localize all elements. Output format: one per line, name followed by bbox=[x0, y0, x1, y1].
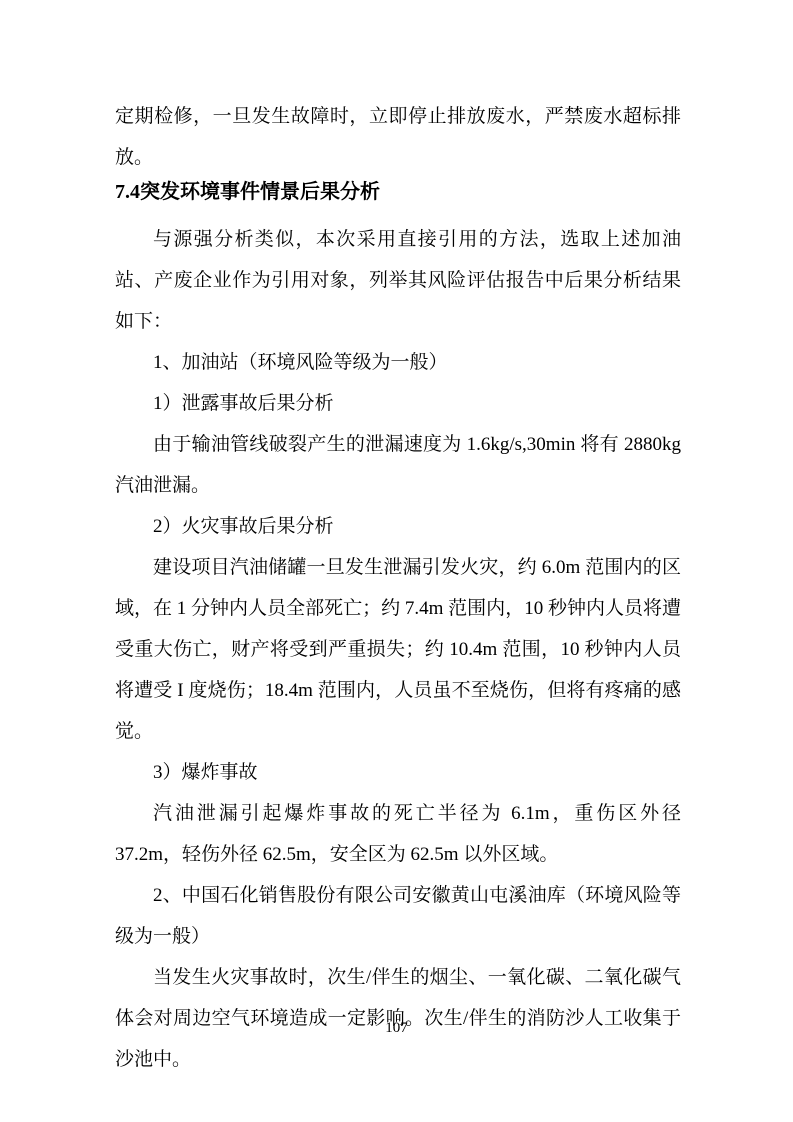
page-content: 定期检修，一旦发生故障时，立即停止排放废水，严禁废水超标排放。 7.4突发环境事… bbox=[115, 96, 681, 1080]
page-footer: 107 bbox=[0, 1018, 793, 1038]
paragraph-fire-analysis: 建设项目汽油储罐一旦发生泄漏引发火灾，约 6.0m 范围内的区域，在 1 分钟内… bbox=[115, 547, 681, 752]
list-item-oil-depot: 2、中国石化销售股份有限公司安徽黄山屯溪油库（环境风险等级为一般） bbox=[115, 875, 681, 957]
paragraph-intro: 与源强分析类似，本次采用直接引用的方法，选取上述加油站、产废企业作为引用对象，列… bbox=[115, 219, 681, 342]
paragraph-explosion-analysis: 汽油泄漏引起爆炸事故的死亡半径为 6.1m，重伤区外径 37.2m，轻伤外径 6… bbox=[115, 793, 681, 875]
list-item-fire-analysis-title: 2）火灾事故后果分析 bbox=[115, 506, 681, 547]
paragraph-continuation: 定期检修，一旦发生故障时，立即停止排放废水，严禁废水超标排放。 bbox=[115, 96, 681, 178]
list-item-gas-station: 1、加油站（环境风险等级为一般） bbox=[115, 342, 681, 383]
paragraph-leak-analysis: 由于输油管线破裂产生的泄漏速度为 1.6kg/s,30min 将有 2880kg… bbox=[115, 424, 681, 506]
document-page: 定期检修，一旦发生故障时，立即停止排放废水，严禁废水超标排放。 7.4突发环境事… bbox=[0, 0, 793, 1122]
section-heading: 7.4突发环境事件情景后果分析 bbox=[115, 172, 681, 213]
list-item-explosion-title: 3）爆炸事故 bbox=[115, 752, 681, 793]
list-item-leak-analysis-title: 1）泄露事故后果分析 bbox=[115, 383, 681, 424]
page-number: 107 bbox=[385, 1020, 408, 1036]
